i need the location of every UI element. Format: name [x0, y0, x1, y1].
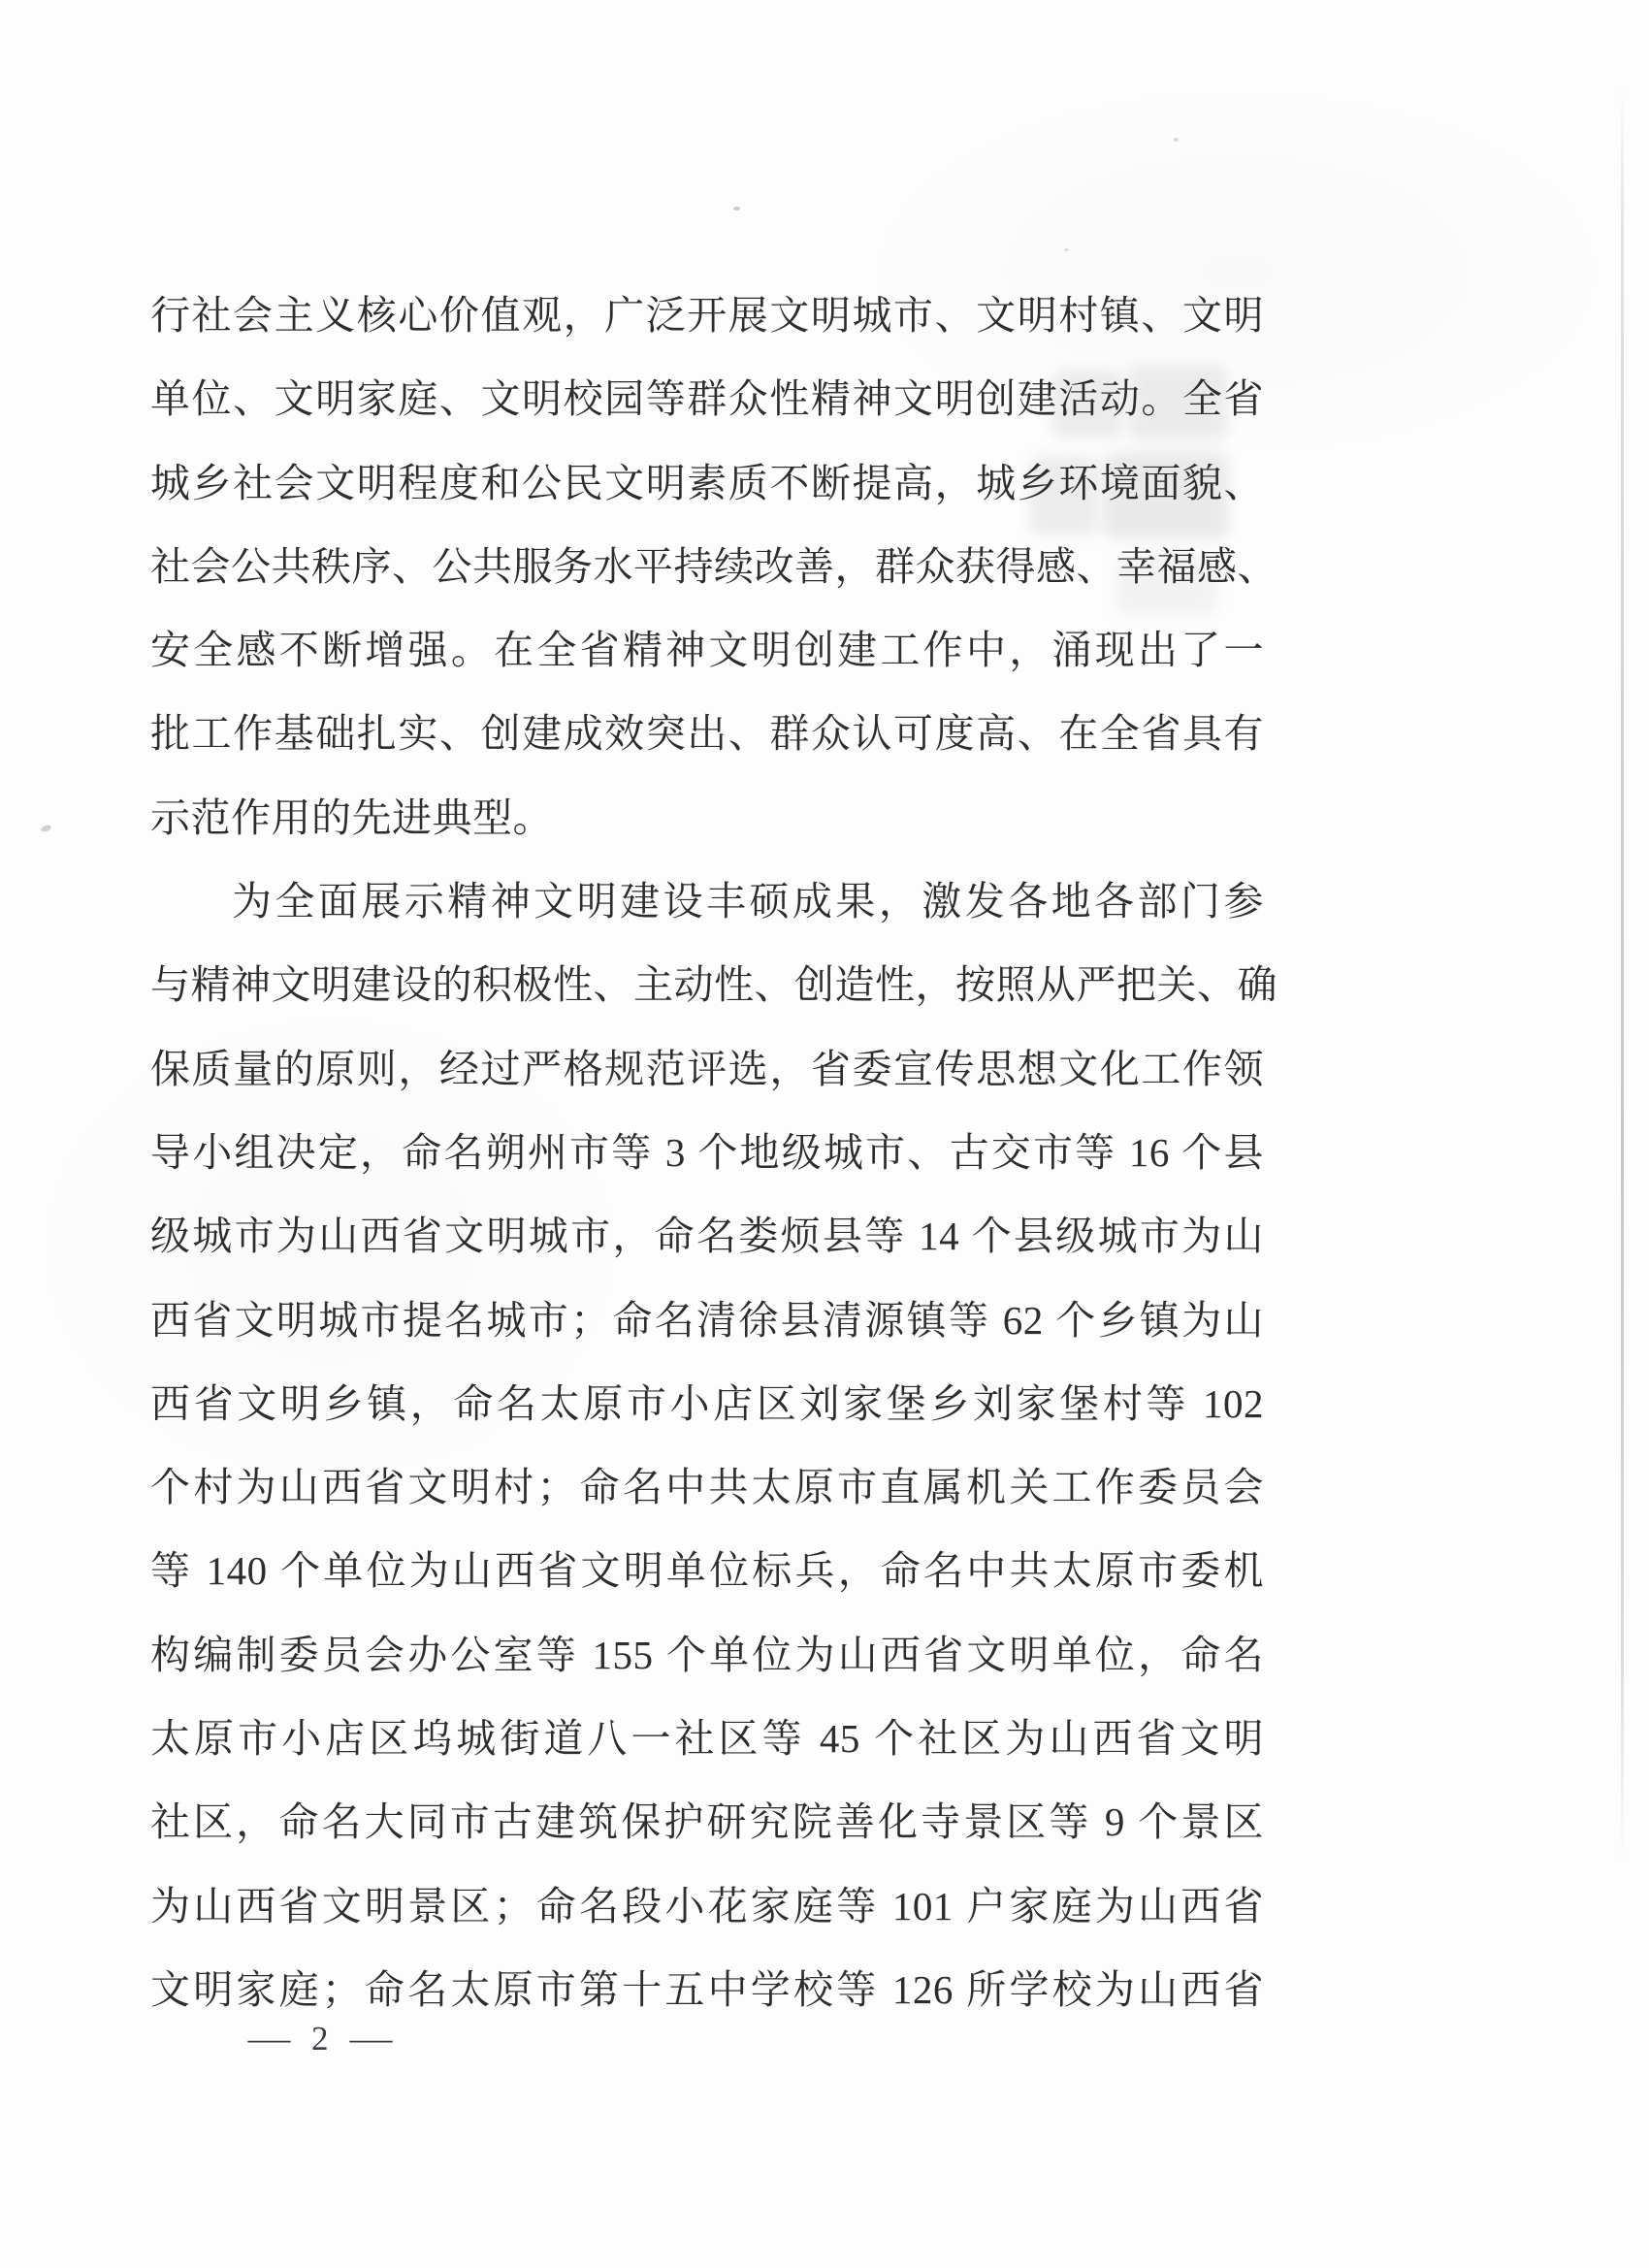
- body-line: 保质量的原则，经过严格规范评选，省委宣传思想文化工作领: [150, 1027, 1264, 1111]
- scan-speck: [733, 207, 740, 211]
- page-number: 2: [311, 2020, 329, 2058]
- scan-speck: [1064, 248, 1069, 251]
- body-line: 安全感不断增强。在全省精神文明创建工作中，涌现出了一: [150, 608, 1264, 692]
- body-line: 为山西省文明景区；命名段小花家庭等 101 户家庭为山西省: [150, 1864, 1264, 1948]
- body-line: 单位、文明家庭、文明校园等群众性精神文明创建活动。全省: [150, 357, 1264, 440]
- body-line: 示范作用的先进典型。: [150, 776, 1264, 859]
- body-line: 个村为山西省文明村；命名中共太原市直属机关工作委员会: [150, 1445, 1264, 1529]
- document-body: 行社会主义核心价值观，广泛开展文明城市、文明村镇、文明 单位、文明家庭、文明校园…: [150, 274, 1264, 2031]
- footer-left-dash: —: [248, 2020, 291, 2058]
- body-line: 社会公共秩序、公共服务水平持续改善，群众获得感、幸福感、: [150, 525, 1264, 608]
- page-footer: — 2 —: [252, 2020, 388, 2058]
- body-line: 西省文明城市提名城市；命名清徐县清源镇等 62 个乡镇为山: [150, 1279, 1264, 1362]
- scan-edge-line: [1621, 87, 1624, 1863]
- body-line: 批工作基础扎实、创建成效突出、群众认可度高、在全省具有: [150, 692, 1264, 775]
- body-line: 级城市为山西省文明城市，命名娄烦县等 14 个县级城市为山: [150, 1194, 1264, 1278]
- body-line: 与精神文明建设的积极性、主动性、创造性，按照从严把关、确: [150, 943, 1264, 1026]
- body-line: 为全面展示精神文明建设丰硕成果，激发各地各部门参: [150, 859, 1264, 943]
- document-page: 行社会主义核心价值观，广泛开展文明城市、文明村镇、文明 单位、文明家庭、文明校园…: [0, 0, 1649, 2268]
- body-line: 社区，命名大同市古建筑保护研究院善化寺景区等 9 个景区: [150, 1780, 1264, 1863]
- body-line: 等 140 个单位为山西省文明单位标兵，命名中共太原市委机: [150, 1529, 1264, 1612]
- body-line: 太原市小店区坞城街道八一社区等 45 个社区为山西省文明: [150, 1697, 1264, 1780]
- body-line: 西省文明乡镇，命名太原市小店区刘家堡乡刘家堡村等 102: [150, 1362, 1264, 1445]
- body-line: 城乡社会文明程度和公民文明素质不断提高，城乡环境面貌、: [150, 441, 1264, 525]
- scan-speck: [1174, 138, 1179, 142]
- body-line: 构编制委员会办公室等 155 个单位为山西省文明单位，命名: [150, 1613, 1264, 1697]
- body-line: 行社会主义核心价值观，广泛开展文明城市、文明村镇、文明: [150, 274, 1264, 357]
- footer-right-dash: —: [349, 2020, 392, 2058]
- scan-speck: [40, 824, 51, 832]
- body-line: 导小组决定，命名朔州市等 3 个地级城市、古交市等 16 个县: [150, 1111, 1264, 1194]
